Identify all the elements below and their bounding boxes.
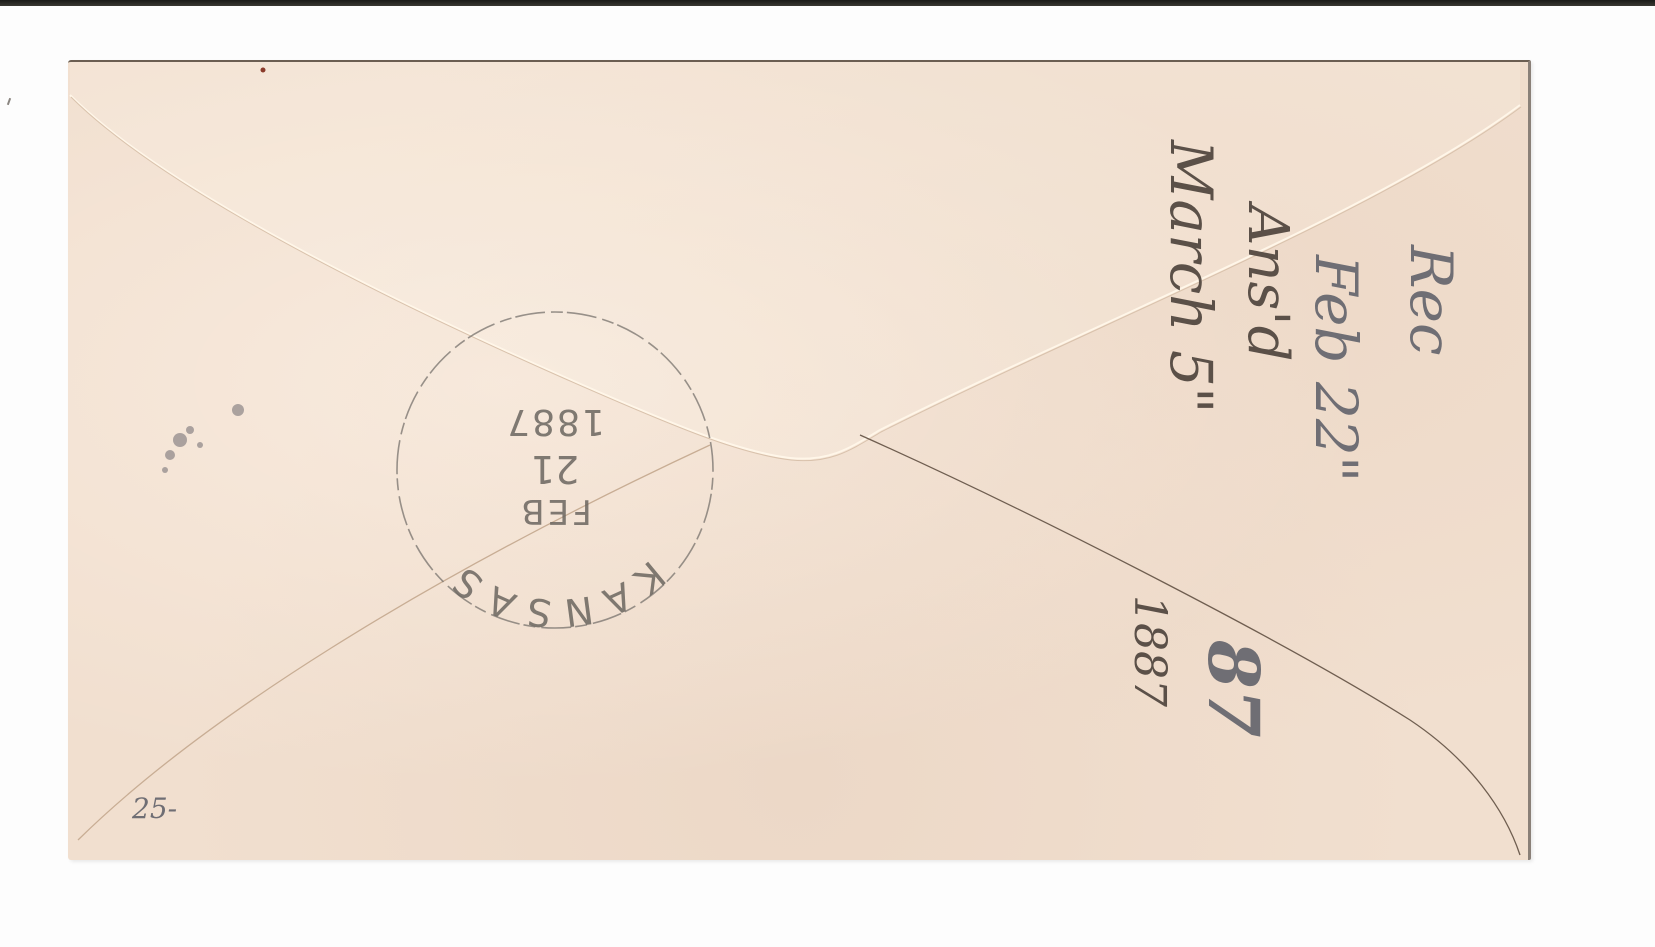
docket-year-short: 87: [1192, 640, 1275, 737]
envelope-flaps: FEB 21 1887 KANSAS: [0, 0, 1655, 947]
answered-date: March 5": [1157, 140, 1225, 414]
received-date: Feb 22": [1302, 255, 1370, 482]
postmark-town: KANSAS: [437, 552, 674, 636]
postmark-day: 21: [531, 447, 579, 491]
bottom-flap-left-edge: [78, 445, 710, 840]
postmark-month: FEB: [518, 491, 591, 531]
bottom-flap-right-edge: [860, 435, 1520, 855]
ink-smudge: [162, 404, 244, 473]
price-note: 25-: [132, 792, 177, 825]
docket-year: 1887: [1124, 595, 1175, 707]
red-speck: [261, 68, 266, 73]
answered-label: Ans'd: [1235, 205, 1300, 362]
postmark-year: 1887: [505, 401, 605, 442]
received-label: Rec: [1397, 245, 1465, 355]
